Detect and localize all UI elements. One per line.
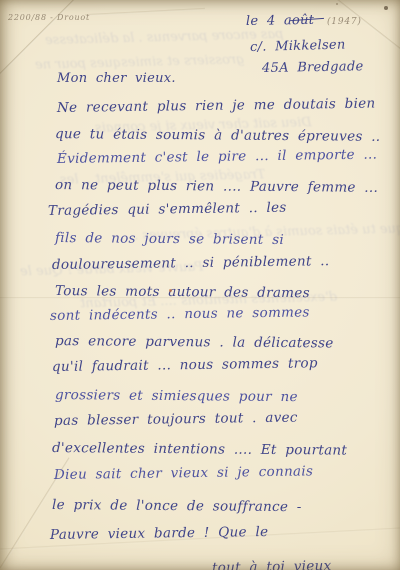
paper-speck: [169, 289, 172, 292]
bleedthrough-ghost-line: grossiers et simiesques pour ne: [35, 52, 245, 72]
letter-line-partial-cutoff: tout à toi vieux: [212, 558, 332, 570]
letter-line: Tous les mots autour des drames: [55, 283, 310, 301]
wrinkle-top-center: [85, 8, 205, 16]
letter-line: sont indécents .. nous ne sommes: [50, 304, 310, 324]
letter-line: pas blesser toujours tout . avec: [54, 410, 298, 429]
letter-line: on ne peut plus rien .... Pauvre femme .…: [55, 177, 378, 196]
fold-crease-top-left: [0, 0, 77, 77]
letter-line: qu'il faudrait ... nous sommes trop: [52, 355, 318, 375]
pencil-inventory-note: 2200/88 - Drouot: [8, 13, 90, 22]
letter-line: Tragédies qui s'emmêlent .. les: [48, 200, 287, 219]
fold-crease-top-right: [324, 0, 400, 65]
letter-page: pas encore parvenus . la délicatesse gro…: [0, 0, 400, 570]
address-line-1: c/. Mikkelsen: [250, 37, 346, 54]
letter-line: fils de nos jours se brisent si: [55, 230, 284, 248]
letter-line: Ne recevant plus rien je me doutais bien: [57, 96, 376, 116]
paper-speck: [336, 3, 338, 5]
salutation: Mon cher vieux.: [57, 71, 176, 86]
letter-line: pas encore parvenus . la délicatesse: [55, 333, 334, 351]
letter-line: Dieu sait cher vieux si je connais: [54, 463, 313, 483]
letter-line: Pauvre vieux barde ! Que le: [50, 524, 269, 543]
letter-line: grossiers et simiesques pour ne: [55, 387, 298, 405]
letter-line: d'excellentes intentions .... Et pourtan…: [52, 440, 347, 459]
letter-line: douloureusement .. si péniblement ..: [52, 253, 330, 273]
letter-line: Évidemment c'est le pire ... il emporte …: [57, 147, 377, 167]
letter-line: le prix de l'once de souffrance -: [52, 497, 302, 515]
letter-line: que tu étais soumis à d'autres épreuves …: [55, 126, 381, 145]
bleedthrough-ghost-line: pas encore parvenus . la délicatesse: [45, 27, 284, 48]
date-line: le 4 août: [246, 13, 315, 29]
address-line-2: 45A Bredgade: [262, 59, 364, 76]
pencil-year-note: (1947): [327, 17, 362, 27]
paper-speck: [384, 6, 388, 10]
